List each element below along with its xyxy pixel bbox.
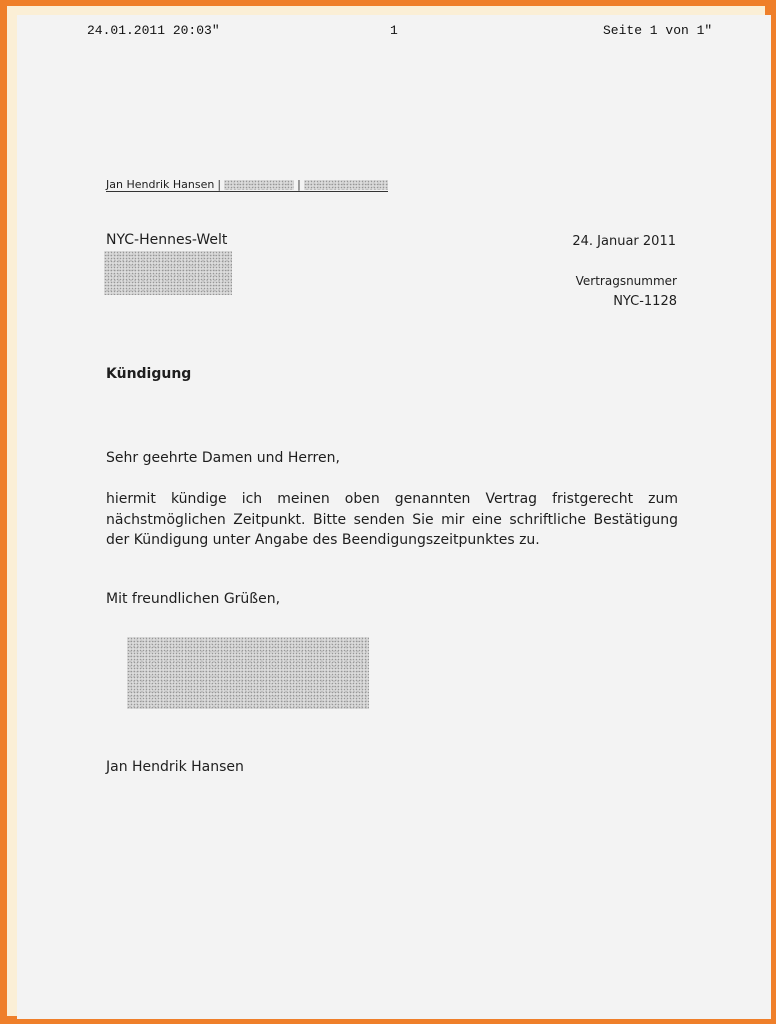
redacted-recipient-address (104, 251, 232, 295)
redacted-city (304, 180, 388, 190)
letter-body: hiermit kündige ich meinen oben genannte… (106, 489, 678, 551)
print-page-number: 1 (390, 23, 398, 38)
closing: Mit freundlichen Grüßen, (106, 591, 280, 607)
redacted-street (224, 180, 294, 190)
separator: | (217, 178, 221, 191)
letter-date: 24. Januar 2011 (572, 234, 676, 249)
contract-number: NYC-1128 (613, 294, 677, 309)
letter-subject: Kündigung (106, 366, 191, 382)
recipient-name: NYC-Hennes-Welt (106, 232, 227, 248)
sender-name: Jan Hendrik Hansen (106, 178, 214, 191)
sender-address-line: Jan Hendrik Hansen | | (106, 178, 388, 192)
print-page-count: Seite 1 von 1" (603, 23, 712, 38)
contract-number-label: Vertragsnummer (576, 274, 677, 288)
separator: | (297, 178, 301, 191)
letter-page: 24.01.2011 20:03" 1 Seite 1 von 1" Jan H… (17, 15, 771, 1019)
document-frame: 24.01.2011 20:03" 1 Seite 1 von 1" Jan H… (7, 6, 765, 1016)
signature-name: Jan Hendrik Hansen (106, 759, 244, 775)
redacted-signature (127, 637, 369, 709)
print-timestamp: 24.01.2011 20:03" (87, 23, 220, 38)
salutation: Sehr geehrte Damen und Herren, (106, 450, 340, 466)
